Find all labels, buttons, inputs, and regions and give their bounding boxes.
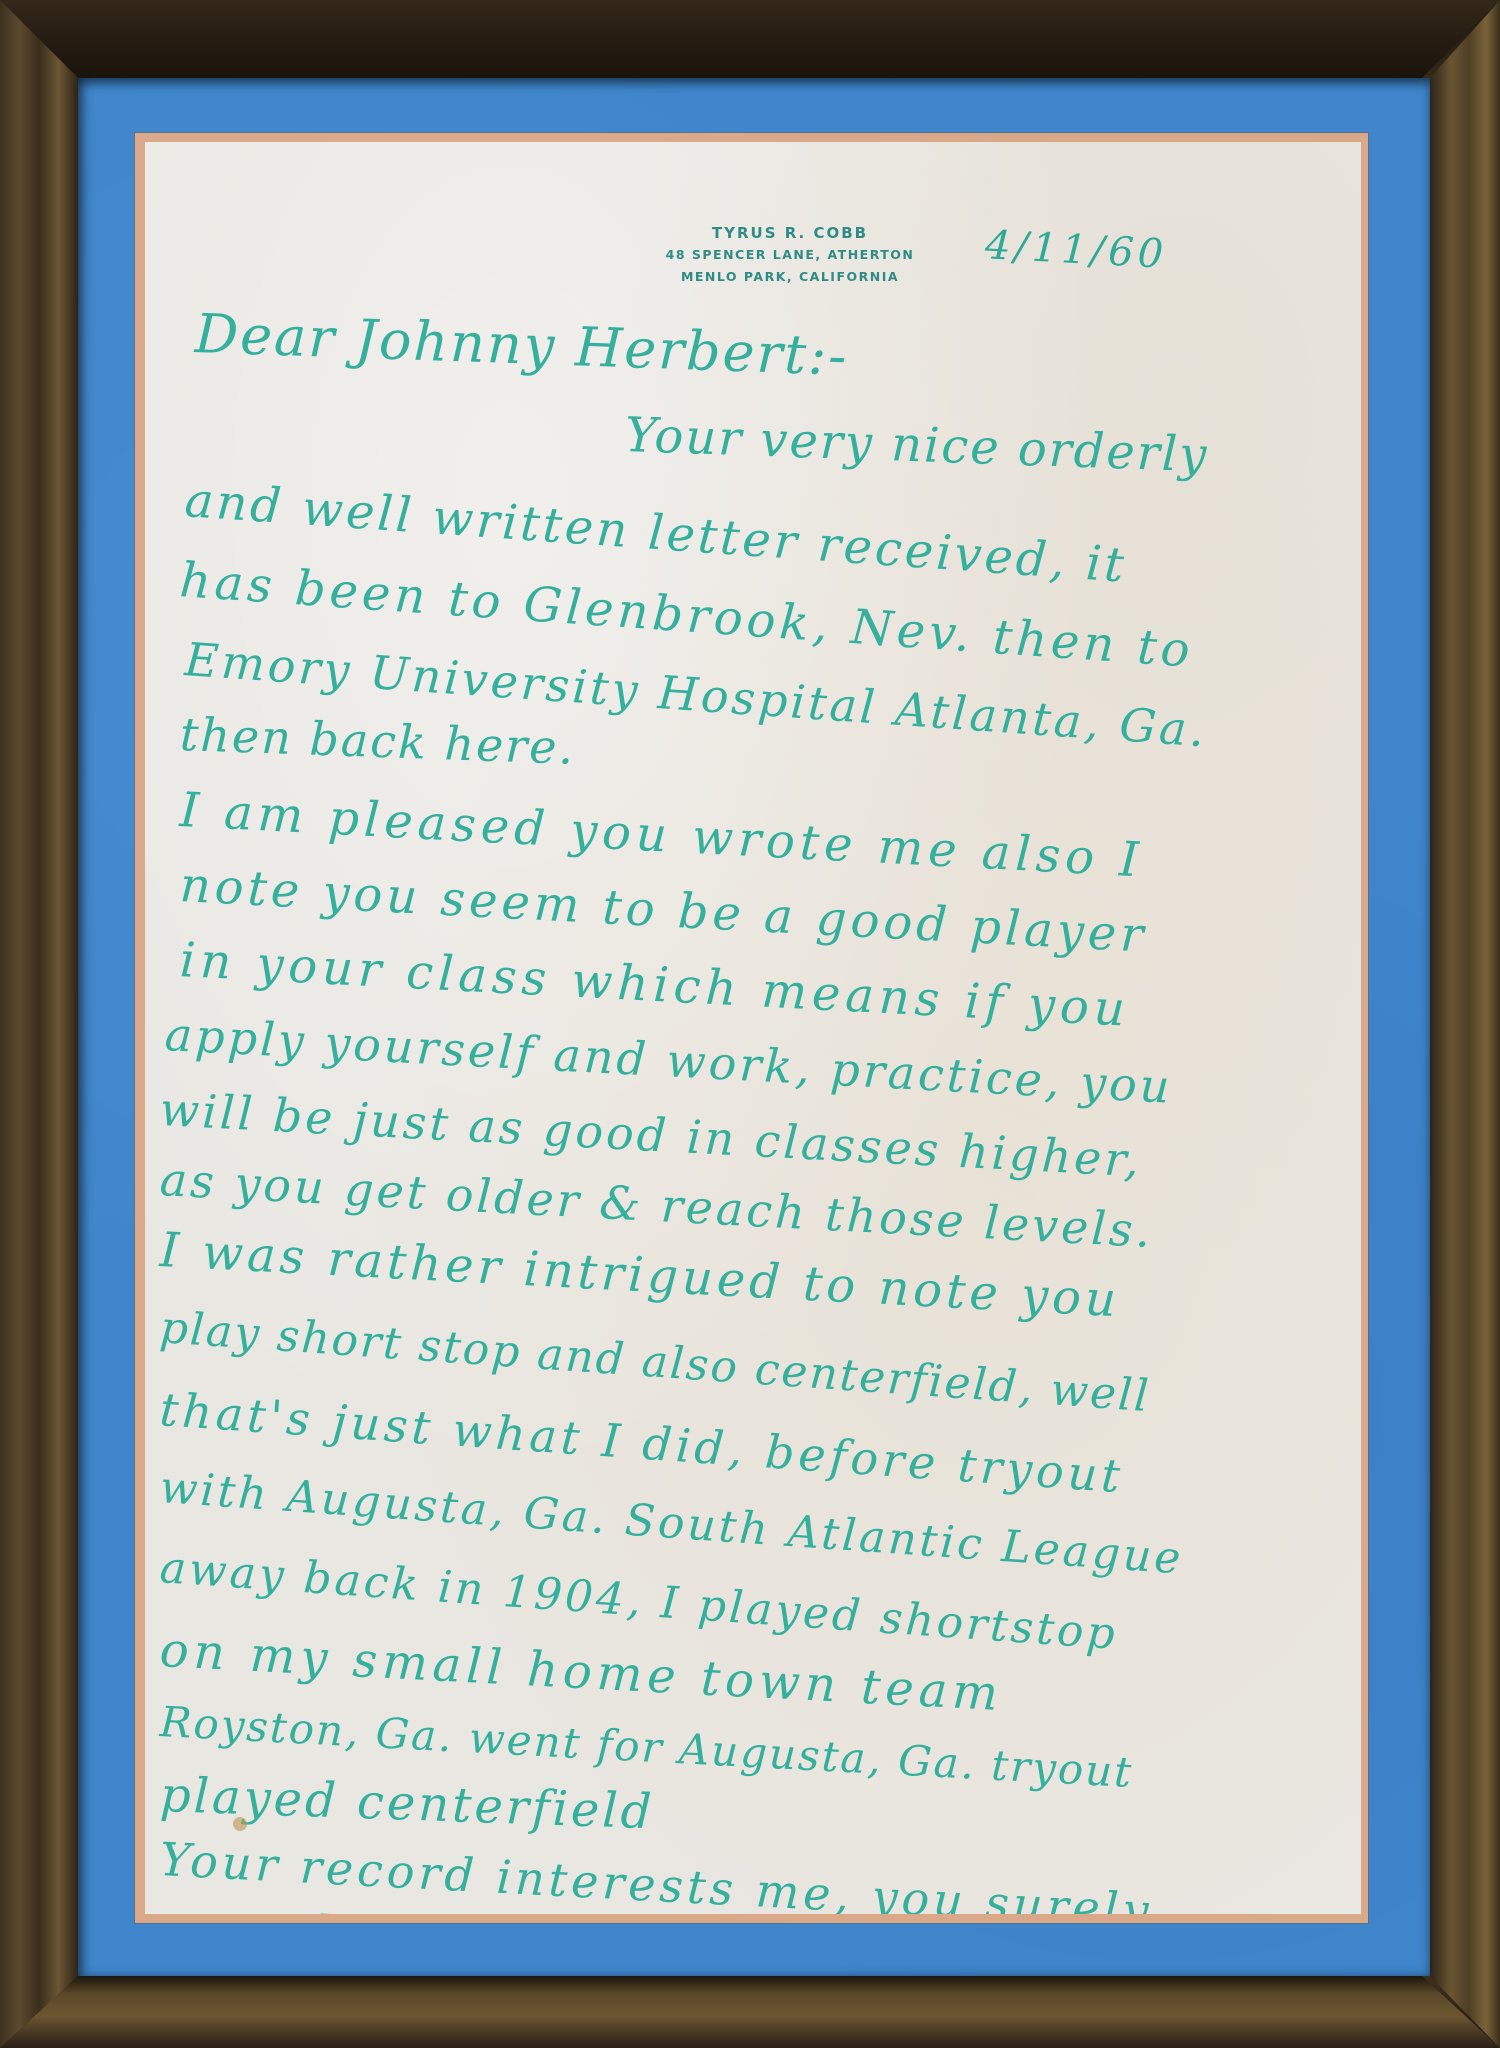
paper-stain	[233, 1817, 247, 1831]
letter-paper: TYRUS R. COBB 48 SPENCER LANE, ATHERTON …	[145, 142, 1361, 1914]
letterhead: TYRUS R. COBB 48 SPENCER LANE, ATHERTON …	[575, 222, 1005, 288]
letterhead-name: TYRUS R. COBB	[575, 222, 1005, 244]
frame-bottom-rail	[0, 1976, 1500, 2048]
body-line: played centerfield	[159, 1767, 655, 1840]
body-line: Your very nice orderly	[624, 407, 1209, 483]
letter-date: 4/11/60	[984, 222, 1168, 277]
letterhead-address-1: 48 SPENCER LANE, ATHERTON	[575, 244, 1005, 266]
letterhead-address-2: MENLO PARK, CALIFORNIA	[575, 266, 1005, 288]
body-line: Your record interests me, you surely	[159, 1832, 1154, 1914]
frame-right-rail	[1430, 0, 1500, 2048]
body-line: then back here.	[179, 707, 576, 775]
salutation: Dear Johnny Herbert:-	[194, 302, 850, 388]
frame-top-rail	[0, 0, 1500, 78]
frame-left-rail	[0, 0, 78, 2048]
